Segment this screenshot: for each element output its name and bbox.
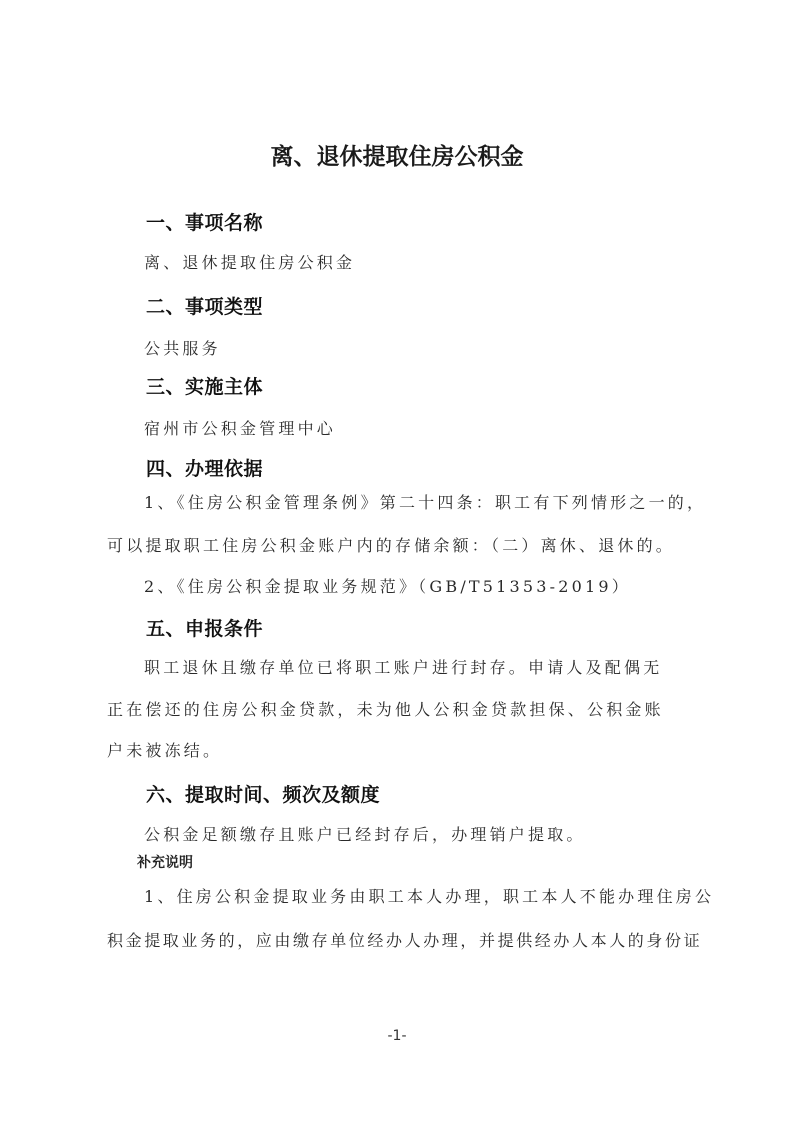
conditions-line-3: 户未被冻结。 [107,738,222,761]
section-text-item-name: 离、退休提取住房公积金 [144,250,355,273]
supplement-label: 补充说明 [137,852,193,872]
section-heading-implementer: 三、实施主体 [146,372,263,399]
document-page: 离、退休提取住房公积金 一、事项名称 离、退休提取住房公积金 二、事项类型 公共… [0,0,794,1122]
legal-basis-line-3: 2、《住房公积金提取业务规范》（GB/T51353-2019） [144,574,631,597]
section-heading-item-type: 二、事项类型 [146,292,263,319]
legal-basis-line-1: 1、《住房公积金管理条例》第二十四条：职工有下列情形之一的， [144,490,706,513]
legal-basis-line-2: 可以提取职工住房公积金账户内的存储余额：（二）离休、退休的。 [107,533,675,556]
section-heading-legal-basis: 四、办理依据 [146,454,263,481]
section-text-implementer: 宿州市公积金管理中心 [144,416,336,439]
section-heading-time-frequency-amount: 六、提取时间、频次及额度 [146,780,380,807]
section-text-item-type: 公共服务 [144,336,221,359]
supplement-line-2: 积金提取业务的，应由缴存单位经办人办理，并提供经办人本人的身份证 [107,928,702,951]
time-frequency-amount-text: 公积金足额缴存且账户已经封存后，办理销户提取。 [144,822,586,845]
conditions-line-1: 职工退休且缴存单位已将职工账户进行封存。申请人及配偶无 [144,655,662,678]
document-title: 离、退休提取住房公积金 [0,138,794,171]
page-number: -1- [0,1028,794,1044]
section-heading-conditions: 五、申报条件 [146,614,263,641]
supplement-line-1: 1、住房公积金提取业务由职工本人办理，职工本人不能办理住房公 [144,884,714,907]
section-heading-item-name: 一、事项名称 [146,208,263,235]
conditions-line-2: 正在偿还的住房公积金贷款，未为他人公积金贷款担保、公积金账 [107,697,664,720]
